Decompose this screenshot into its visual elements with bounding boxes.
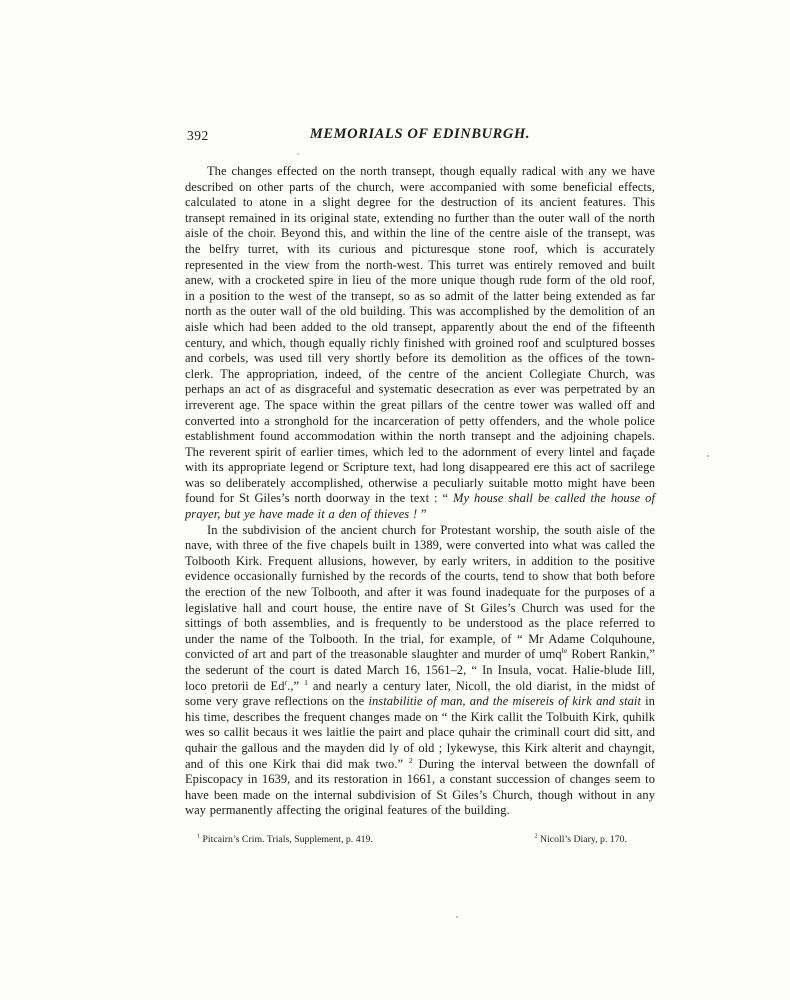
page-body: The changes effected on the north transe… [185,164,655,819]
text-segment: ” [417,507,426,521]
page-header: 392 MEMORIALS OF EDINBURGH. [185,124,655,144]
running-title: MEMORIALS OF EDINBURGH. [185,124,655,144]
scan-speck [456,916,458,918]
nicoll-quote-italic: instabilitie of man, and the misereis of… [368,694,641,708]
paragraph-north-transept: The changes effected on the north transe… [185,164,655,523]
footnotes-section: 1 Pitcairn’s Crim. Trials, Supplement, p… [185,834,655,846]
text-segment: The changes effected on the north transe… [185,164,655,505]
footnote-2-text: Nicoll’s Diary, p. 170. [538,834,627,845]
footnote-1: 1 Pitcairn’s Crim. Trials, Supplement, p… [197,834,373,846]
text-column: 392 MEMORIALS OF EDINBURGH. The changes … [185,124,655,846]
footnote-2: 2 Nicoll’s Diary, p. 170. [535,834,627,846]
text-segment: In the subdivision of the ancient church… [185,523,655,662]
page-number: 392 [187,128,209,144]
paragraph-tolbooth-kirk: In the subdivision of the ancient church… [185,523,655,819]
scan-speck [707,455,709,457]
text-segment: .,” [287,679,304,693]
footnote-1-text: Pitcairn’s Crim. Trials, Supplement, p. … [200,834,373,845]
book-page: 392 MEMORIALS OF EDINBURGH. The changes … [0,0,790,1000]
scan-speck [297,153,299,155]
